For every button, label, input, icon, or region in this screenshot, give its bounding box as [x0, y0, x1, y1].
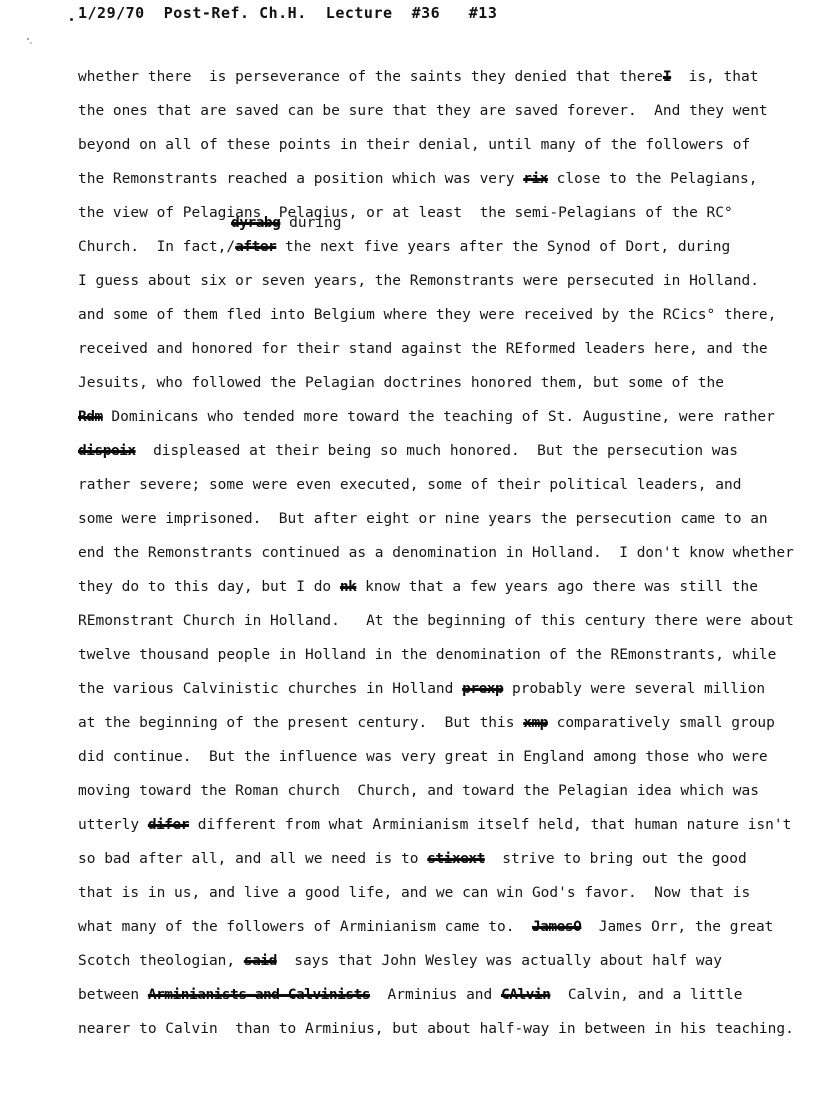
text-segment: moving toward the Roman church Church, a… [78, 783, 759, 799]
text-line: they do to this day, but I do nk know th… [78, 570, 790, 604]
text-segment: the next five years after the Synod of D… [276, 239, 730, 255]
scanned-document-page: 1/29/70 Post-Ref. Ch.H. Lecture #36 #13 … [0, 0, 838, 1101]
text-line: the ones that are saved can be sure that… [78, 94, 790, 128]
text-line: and some of them fled into Belgium where… [78, 298, 790, 332]
text-segment: know that a few years ago there was stil… [356, 579, 758, 595]
text-line: I guess about six or seven years, the Re… [78, 264, 790, 298]
text-line: the view of Pelagians Pelagius, or at le… [78, 196, 790, 230]
text-segment: and some of them fled into Belgium where… [78, 307, 776, 323]
text-line: nearer to Calvin than to Arminius, but a… [78, 1012, 790, 1046]
text-segment: Calvin, and a little [550, 987, 742, 1003]
text-segment: between [78, 987, 148, 1003]
text-line: Jesuits, who followed the Pelagian doctr… [78, 366, 790, 400]
text-line: that is in us, and live a good life, and… [78, 876, 790, 910]
text-segment: strive to bring out the good [485, 851, 747, 867]
text-segment: end the Remonstrants continued as a deno… [78, 545, 794, 561]
text-segment: is, that [671, 69, 758, 85]
text-segment: whether there is perseverance of the sai… [78, 69, 663, 85]
text-segment: comparatively small group [548, 715, 775, 731]
text-segment: I guess about six or seven years, the Re… [78, 273, 759, 289]
text-segment: probably were several million [503, 681, 765, 697]
text-segment: so bad after all, and all we need is to [78, 851, 427, 867]
text-segment: Scotch theologian, [78, 953, 244, 969]
text-line: some were imprisoned. But after eight or… [78, 502, 790, 536]
struck-out-text: dispeix [78, 443, 136, 459]
text-segment: different from what Arminianism itself h… [189, 817, 791, 833]
struck-out-text: difer [148, 817, 189, 833]
text-line: at the beginning of the present century.… [78, 706, 790, 740]
text-line: end the Remonstrants continued as a deno… [78, 536, 790, 570]
text-line: whether there is perseverance of the sai… [78, 60, 790, 94]
text-segment: twelve thousand people in Holland in the… [78, 647, 776, 663]
text-segment: nearer to Calvin than to Arminius, but a… [78, 1021, 794, 1037]
struck-out-text: said [244, 953, 277, 969]
text-segment: they do to this day, but I do [78, 579, 340, 595]
text-line: between Arminianists and Calvinists Armi… [78, 978, 790, 1012]
struck-out-text: Rdm [78, 409, 103, 425]
text-segment: at the beginning of the present century.… [78, 715, 523, 731]
struck-out-text: Arminianists and Calvinists [148, 987, 370, 1003]
text-line: Rdm Dominicans who tended more toward th… [78, 400, 790, 434]
text-line: utterly difer different from what Armini… [78, 808, 790, 842]
text-line: received and honored for their stand aga… [78, 332, 790, 366]
text-line: REmonstrant Church in Holland. At the be… [78, 604, 790, 638]
page-body: whether there is perseverance of the sai… [78, 60, 790, 1046]
text-segment: close to the Pelagians, [548, 171, 758, 187]
text-segment: the view of Pelagians Pelagius, or at le… [78, 205, 733, 221]
text-segment: received and honored for their stand aga… [78, 341, 768, 357]
text-segment: James Orr, the great [581, 919, 773, 935]
text-segment: the ones that are saved can be sure that… [78, 103, 768, 119]
text-segment: what many of the followers of Arminianis… [78, 919, 532, 935]
text-segment: displeased at their being so much honore… [136, 443, 738, 459]
text-line: twelve thousand people in Holland in the… [78, 638, 790, 672]
ink-speck [70, 18, 73, 21]
text-segment: beyond on all of these points in their d… [78, 137, 750, 153]
text-line: did continue. But the influence was very… [78, 740, 790, 774]
text-line: Church. In fact,/after the next five yea… [78, 230, 790, 264]
text-line: the Remonstrants reached a position whic… [78, 162, 790, 196]
struck-out-text: prexp [462, 681, 503, 697]
text-segment: Jesuits, who followed the Pelagian doctr… [78, 375, 724, 391]
struck-out-text: rix [523, 171, 548, 187]
struck-out-text: nk [340, 579, 356, 595]
struck-out-text: stixext [427, 851, 485, 867]
text-line: rather severe; some were even executed, … [78, 468, 790, 502]
text-segment: rather severe; some were even executed, … [78, 477, 741, 493]
text-line: moving toward the Roman church Church, a… [78, 774, 790, 808]
text-line: Scotch theologian, said says that John W… [78, 944, 790, 978]
page-header: 1/29/70 Post-Ref. Ch.H. Lecture #36 #13 [78, 4, 497, 22]
text-segment: the Remonstrants reached a position whic… [78, 171, 523, 187]
text-segment: utterly [78, 817, 148, 833]
text-line: so bad after all, and all we need is to … [78, 842, 790, 876]
text-line: beyond on all of these points in their d… [78, 128, 790, 162]
text-segment: the various Calvinistic churches in Holl… [78, 681, 462, 697]
text-line: the various Calvinistic churches in Holl… [78, 672, 790, 706]
struck-out-text: I [663, 69, 671, 85]
text-line: what many of the followers of Arminianis… [78, 910, 790, 944]
text-segment: did continue. But the influence was very… [78, 749, 768, 765]
struck-out-text: xmp [523, 715, 548, 731]
text-segment: Church. In fact,/ [78, 239, 235, 255]
text-segment: some were imprisoned. But after eight or… [78, 511, 768, 527]
text-line: dispeix displeased at their being so muc… [78, 434, 790, 468]
text-segment: Dominicans who tended more toward the te… [103, 409, 775, 425]
text-segment: that is in us, and live a good life, and… [78, 885, 750, 901]
struck-out-text: JamesO [532, 919, 581, 935]
struck-out-text: after [235, 239, 276, 255]
struck-out-text: CAlvin [501, 987, 550, 1003]
ink-speck [27, 38, 29, 40]
text-segment: Arminius and [370, 987, 501, 1003]
text-segment: says that John Wesley was actually about… [277, 953, 722, 969]
text-segment: REmonstrant Church in Holland. At the be… [78, 613, 794, 629]
